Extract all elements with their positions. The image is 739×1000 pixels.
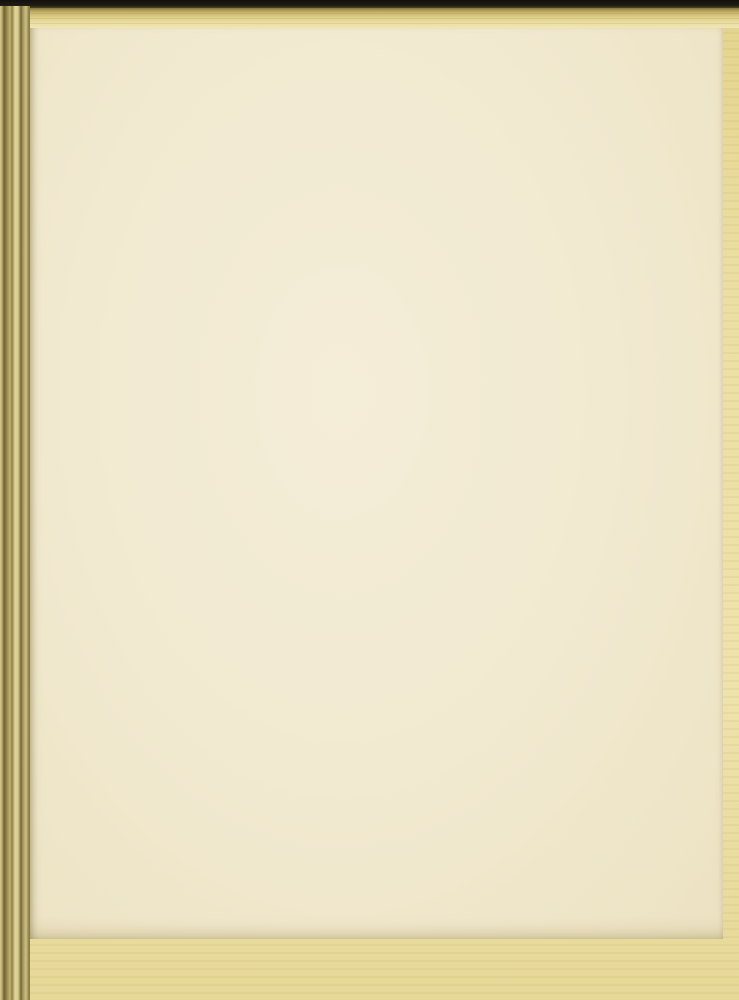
book-cover-top-edge bbox=[0, 0, 739, 8]
scanned-book-photo: 32 WITH KITCHENER IN THE SOUDAN then, an… bbox=[0, 0, 739, 1000]
page-corner-fold bbox=[28, 8, 80, 42]
book-page bbox=[30, 26, 723, 939]
book-binding-gutter bbox=[0, 6, 30, 1000]
page-stack-top-edge bbox=[0, 8, 739, 28]
